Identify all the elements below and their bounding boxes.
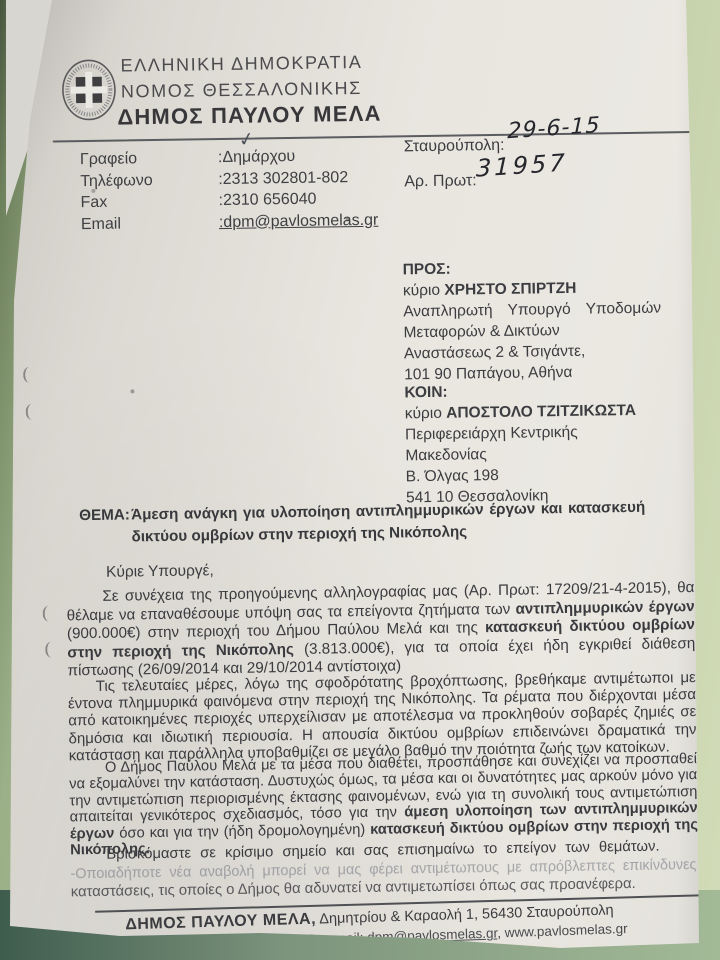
body-paragraph-2: Τις τελευταίες μέρες, λόγω της σφοδρότατ…: [68, 669, 697, 764]
document-page: ΕΛΛΗΝΙΚΗ ΔΗΜΟΚΡΑΤΙΑ ΝΟΜΟΣ ΘΕΣΣΑΛΟΝΙΚΗΣ Δ…: [0, 0, 720, 960]
email-address: :dpm@pavlosmelas.gr: [219, 211, 379, 230]
subject-text: Άμεση ανάγκη για υλοποίηση αντιπλημμυρικ…: [131, 497, 646, 549]
letterhead-municipality: ΔΗΜΟΣ ΠΑΥΛΟΥ ΜΕΛΑ: [117, 101, 382, 131]
punch-hole-shadow: [43, 606, 56, 622]
cc-block: ΚΟΙΝ: κύριο ΑΠΟΣΤΟΛΟ ΤΖΙΤΖΙΚΩΣΤΑ Περιφερ…: [404, 378, 706, 508]
punch-hole-shadow: [45, 642, 58, 658]
contact-block: Γραφείο:Δημάρχου Τηλέφωνο:2313 302801-80…: [80, 145, 379, 235]
punch-hole-shadow: [23, 367, 36, 383]
checkmark-pen-mark: ✓: [237, 127, 257, 153]
recipient-line: Αναπληρωτή Υπουργό Υποδομών: [403, 297, 703, 322]
footer-email: dpm@pavlosmelas.gr: [367, 925, 497, 944]
letterhead-country: ΕΛΛΗΝΙΚΗ ΔΗΜΟΚΡΑΤΙΑ: [120, 52, 362, 77]
handwritten-date: 29-6-15: [507, 113, 601, 144]
subject-label: ΘΕΜΑ:: [79, 504, 132, 549]
salutation: Κύριε Υπουργέ,: [106, 562, 214, 582]
contact-row-email: Email:dpm@pavlosmelas.gr: [81, 209, 379, 235]
photo-of-document: ΕΛΛΗΝΙΚΗ ΔΗΜΟΚΡΑΤΙΑ ΝΟΜΟΣ ΘΕΣΣΑΛΟΝΙΚΗΣ Δ…: [0, 0, 720, 960]
body-paragraph-1: Σε συνέχεια της προηγούμενης αλληλογραφί…: [66, 579, 695, 681]
header-divider: [53, 131, 699, 143]
recipient-block: ΠΡΟΣ: κύριο ΧΡΗΣΤΟ ΣΠΙΡΤΖΗ Αναπληρωτή Υπ…: [402, 255, 704, 385]
protocol-number-label: Αρ. Πρωτ:: [404, 172, 477, 191]
contact-row-phone: Τηλέφωνο:2313 302801-802: [80, 166, 378, 192]
punch-hole-shadow: [26, 404, 39, 420]
handwritten-protocol-number: 31957: [476, 149, 568, 183]
page-content: ΕΛΛΗΝΙΚΗ ΔΗΜΟΚΡΑΤΙΑ ΝΟΜΟΣ ΘΕΣΣΑΛΟΝΙΚΗΣ Δ…: [0, 0, 720, 960]
subject-line: ΘΕΜΑ: Άμεση ανάγκη για υλοποίηση αντιπλη…: [79, 497, 646, 549]
letterhead-prefecture: ΝΟΜΟΣ ΘΕΣΣΑΛΟΝΙΚΗΣ: [121, 78, 362, 103]
municipal-seal-icon: [60, 58, 117, 123]
